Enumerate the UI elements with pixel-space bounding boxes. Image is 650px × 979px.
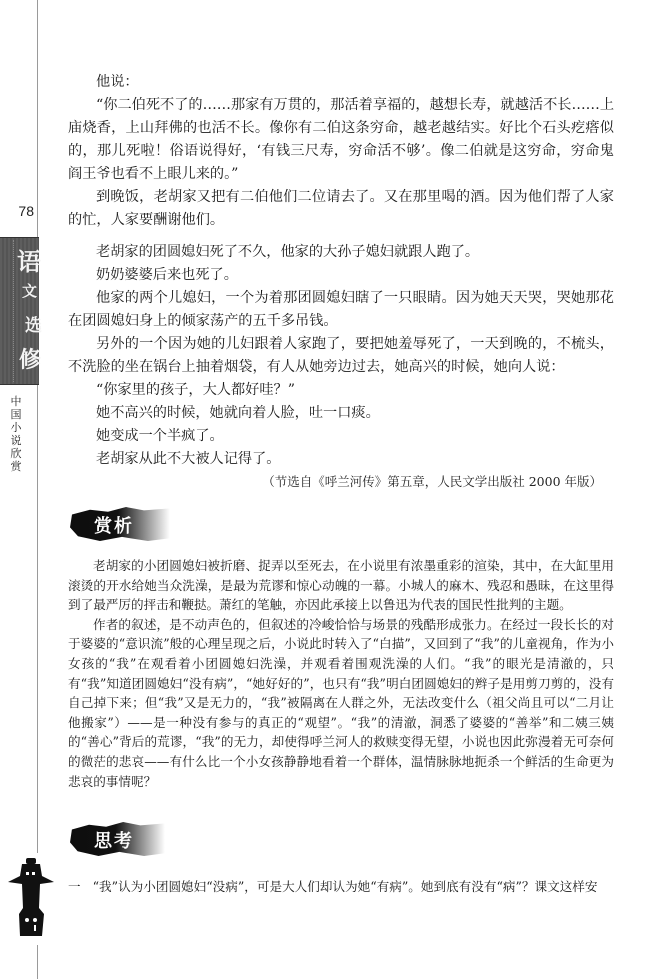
page-number: 78	[0, 203, 34, 219]
citation: （节选自《呼兰河传》第五章，人民文学出版社 2000 年版）	[262, 472, 602, 490]
thinking-heading-label: 思考	[94, 827, 134, 853]
excerpt-block-2: 老胡家的团圆媳妇死了不久，他家的大孙子媳妇就跟人跑了。 奶奶婆婆后来也死了。 他…	[68, 241, 614, 471]
paragraph: 她变成一个半疯了。	[68, 425, 614, 448]
paragraph: 老胡家的团圆媳妇死了不久，他家的大孙子媳妇就跟人跑了。	[68, 241, 614, 264]
side-tab-char: 语	[17, 242, 41, 277]
analysis-heading: 赏析	[70, 507, 170, 541]
paragraph: 她不高兴的时候，她就向着人脸，吐一口痰。	[68, 402, 614, 425]
side-subtitle-char: 国	[9, 408, 23, 421]
side-subtitle-char: 中	[9, 395, 23, 408]
paragraph: 另外的一个因为她的儿妇跟着人家跑了，要把她羞辱死了，一天到晚的，不梳头，不洗脸的…	[68, 333, 614, 379]
side-subtitle-char: 欣	[9, 447, 23, 460]
side-tab-char: 修	[19, 343, 41, 374]
side-subtitle-char: 小	[9, 421, 23, 434]
question-text: “我”认为小团圆媳妇“没病”，可是大人们却认为她“有病”。她到底有没有“病”？课…	[93, 879, 598, 894]
side-tab: 语 文 选 修	[0, 237, 39, 385]
oil-lamp-icon	[8, 858, 54, 938]
analysis-heading-label: 赏析	[94, 512, 134, 538]
paragraph: 他家的两个儿媳妇，一个为着那团圆媳妇瞎了一只眼睛。因为她天天哭，哭她那花在团圆媳…	[68, 287, 614, 333]
side-tab-char: 文	[22, 280, 37, 301]
paragraph: 奶奶婆婆后来也死了。	[68, 264, 614, 287]
paragraph: 老胡家的小团圆媳妇被折磨、捉弄以至死去，在小说里有浓墨重彩的渲染，其中，在大缸里…	[68, 556, 614, 615]
side-subtitle: 中 国 小 说 欣 赏	[9, 395, 23, 473]
margin-rule-middle	[37, 383, 38, 853]
question-number: 一	[68, 879, 81, 894]
paragraph: 作者的叙述，是不动声色的，但叙述的冷峻恰恰与场景的残酷形成张力。在经过一段长长的…	[68, 615, 614, 791]
paragraph: “你二伯死不了的……那家有万贯的，那活着享福的，越想长寿，就越活不长……上庙烧香…	[68, 94, 614, 186]
margin-rule-top	[37, 0, 38, 237]
thinking-question: 一 “我”认为小团圆媳妇“没病”，可是大人们却认为她“有病”。她到底有没有“病”…	[68, 877, 614, 896]
margin-rule-bottom	[37, 945, 38, 979]
paragraph: “你家里的孩子，大人都好哇？”	[68, 379, 614, 402]
analysis-text: 老胡家的小团圆媳妇被折磨、捉弄以至死去，在小说里有浓墨重彩的渲染，其中，在大缸里…	[68, 556, 614, 791]
side-subtitle-char: 赏	[9, 460, 23, 473]
side-subtitle-char: 说	[9, 434, 23, 447]
excerpt-block-1: 他说： “你二伯死不了的……那家有万贯的，那活着享福的，越想长寿，就越活不长………	[68, 71, 614, 232]
thinking-heading: 思考	[70, 822, 165, 856]
paragraph: 他说：	[68, 71, 614, 94]
paragraph: 老胡家从此不大被人记得了。	[68, 448, 614, 471]
side-tab-rule	[13, 240, 15, 382]
side-tab-char: 选	[25, 311, 42, 336]
paragraph: 到晚饭，老胡家又把有二伯他们二位请去了。又在那里喝的酒。因为他们帮了人家的忙，人…	[68, 186, 614, 232]
